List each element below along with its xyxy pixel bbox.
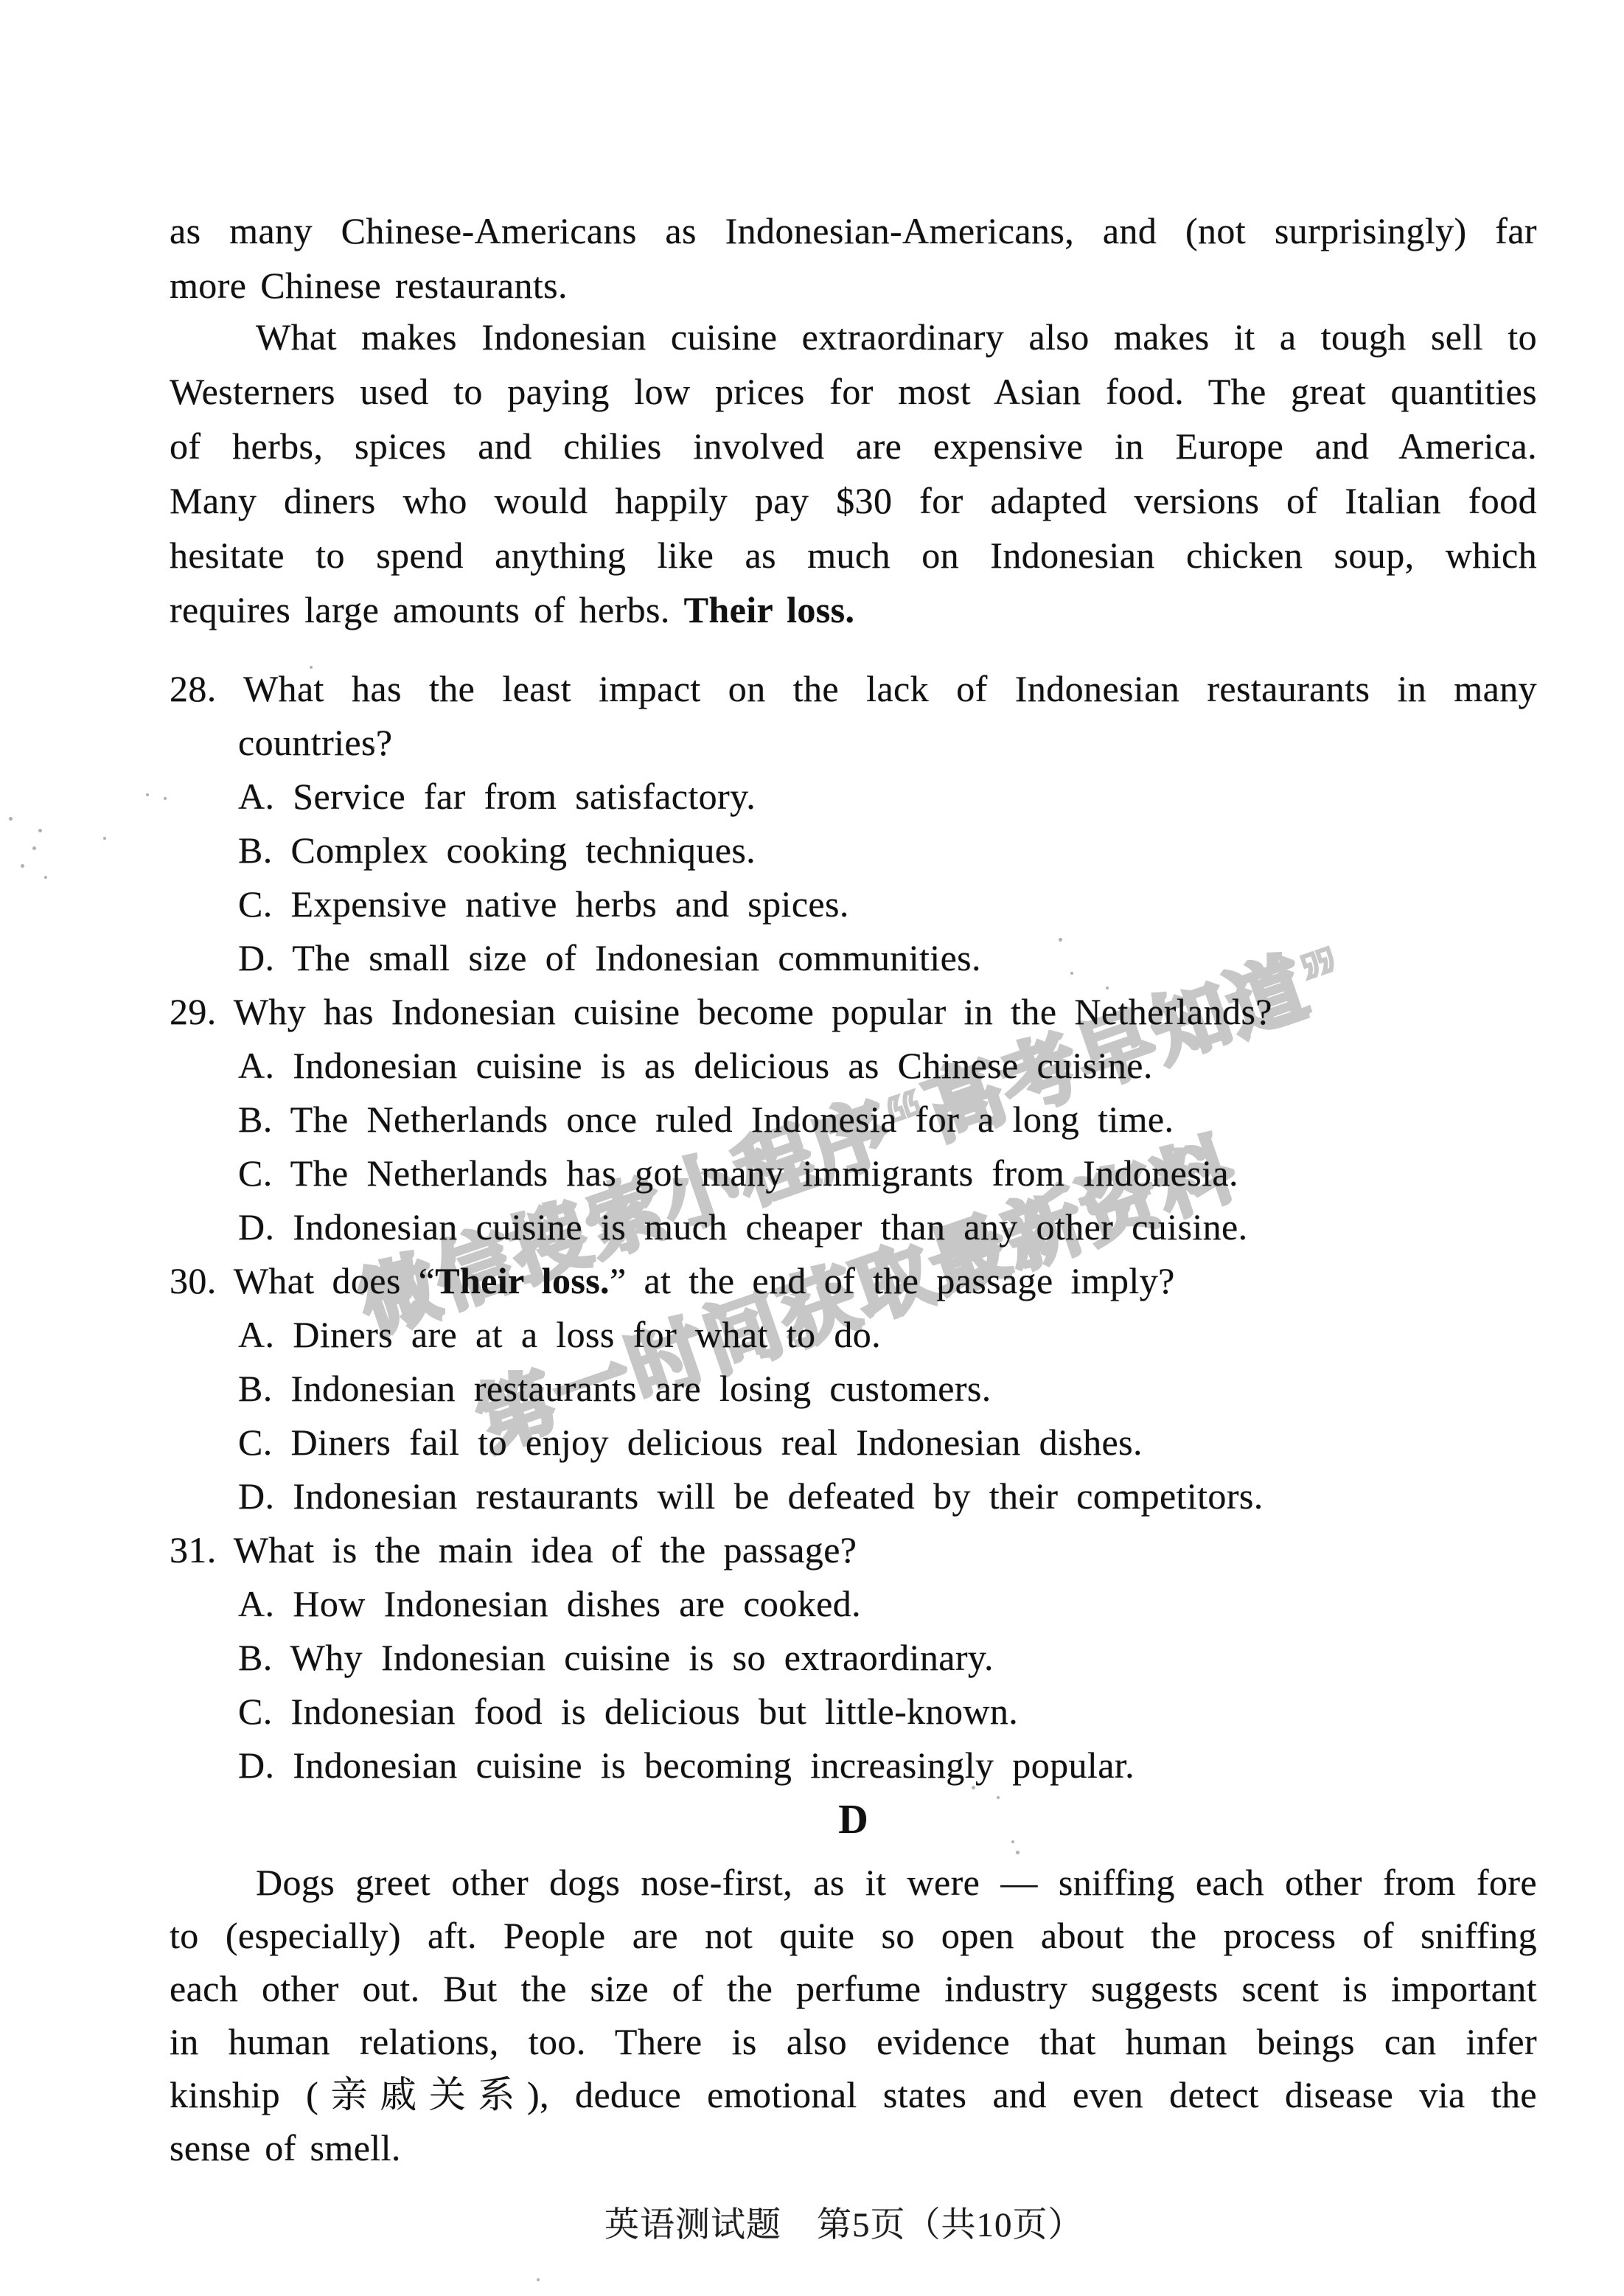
- question-31: 31. What is the main idea of the passage…: [170, 1523, 1537, 1792]
- question-31-option-c: C. Indonesian food is delicious but litt…: [170, 1685, 1537, 1739]
- paragraph-line: hesitate to spend anything like as much …: [170, 528, 1537, 582]
- question-31-option-d: D. Indonesian cuisine is becoming increa…: [170, 1739, 1537, 1792]
- question-31-text: 31. What is the main idea of the passage…: [170, 1523, 1537, 1577]
- question-30-option-b: B. Indonesian restaurants are losing cus…: [170, 1362, 1537, 1416]
- question-30-pre: 30. What does “: [170, 1260, 435, 1301]
- paragraph-continuation: as many Chinese-Americans as Indonesian-…: [170, 203, 1537, 313]
- question-28-option-d: D. The small size of Indonesian communit…: [170, 931, 1537, 985]
- speckle: [9, 817, 13, 821]
- speckle: [38, 829, 42, 832]
- paragraph-line: Many diners who would happily pay $30 fo…: [170, 473, 1537, 528]
- page-footer: 英语测试题 第5页（共10页）: [604, 2205, 1084, 2246]
- passage-line: to (especially) aft. People are not quit…: [170, 1909, 1537, 1962]
- question-29: 29. Why has Indonesian cuisine become po…: [170, 985, 1537, 1254]
- question-28: 28. What has the least impact on the lac…: [170, 662, 1537, 985]
- question-29-option-b: B. The Netherlands once ruled Indonesia …: [170, 1093, 1537, 1147]
- passage-line: each other out. But the size of the perf…: [170, 1962, 1537, 2015]
- speckle: [103, 837, 106, 840]
- speckle: [44, 876, 47, 879]
- question-29-option-a: A. Indonesian cuisine is as delicious as…: [170, 1039, 1537, 1093]
- speckle: [21, 864, 24, 868]
- question-30-option-a: A. Diners are at a loss for what to do.: [170, 1308, 1537, 1362]
- speckle: [997, 1796, 1000, 1799]
- their-loss-bold: Their loss.: [684, 589, 855, 630]
- question-28-text-wrap: countries?: [170, 716, 1537, 770]
- passage-d: Dogs greet other dogs nose-first, as it …: [170, 1856, 1537, 2174]
- question-28-option-a: A. Service far from satisfactory.: [170, 770, 1537, 824]
- speckle: [310, 666, 313, 669]
- question-30-text: 30. What does “Their loss.” at the end o…: [170, 1254, 1537, 1308]
- speckle: [1059, 938, 1062, 942]
- speckle: [372, 746, 375, 749]
- speckle: [1070, 972, 1073, 975]
- paragraph-line: Westerners used to paying low prices for…: [170, 364, 1537, 419]
- question-30: 30. What does “Their loss.” at the end o…: [170, 1254, 1537, 1523]
- passage-line: sense of smell.: [170, 2121, 1537, 2174]
- passage-line: Dogs greet other dogs nose-first, as it …: [170, 1856, 1537, 1909]
- question-28-option-b: B. Complex cooking techniques.: [170, 824, 1537, 877]
- paragraph-line: of herbs, spices and chilies involved ar…: [170, 419, 1537, 473]
- question-30-post: ” at the end of the passage imply?: [610, 1260, 1175, 1301]
- question-29-text: 29. Why has Indonesian cuisine become po…: [170, 985, 1537, 1039]
- speckle: [1016, 1851, 1020, 1854]
- paragraph-line: What makes Indonesian cuisine extraordin…: [170, 310, 1537, 364]
- passage-line: in human relations, too. There is also e…: [170, 2015, 1537, 2068]
- scanned-test-page: 微信搜索小程序“高考早知道” 第一时间获取最新资料 as many Chines…: [0, 0, 1624, 2296]
- question-28-option-c: C. Expensive native herbs and spices.: [170, 877, 1537, 931]
- section-d-header: D: [170, 1790, 1537, 1849]
- question-29-option-c: C. The Netherlands has got many immigran…: [170, 1147, 1537, 1200]
- speckle: [32, 846, 36, 850]
- speckle: [146, 793, 149, 796]
- speckle: [537, 2278, 540, 2281]
- question-30-option-c: C. Diners fail to enjoy delicious real I…: [170, 1416, 1537, 1469]
- question-29-option-d: D. Indonesian cuisine is much cheaper th…: [170, 1200, 1537, 1254]
- their-loss-bold: Their loss.: [435, 1260, 610, 1301]
- passage-line: kinship (亲戚关系), deduce emotional states …: [170, 2068, 1537, 2121]
- question-30-option-d: D. Indonesian restaurants will be defeat…: [170, 1469, 1537, 1523]
- paragraph-line: more Chinese restaurants.: [170, 258, 1537, 313]
- paragraph-line: as many Chinese-Americans as Indonesian-…: [170, 203, 1537, 258]
- paragraph-what-makes: What makes Indonesian cuisine extraordin…: [170, 310, 1537, 637]
- question-31-option-a: A. How Indonesian dishes are cooked.: [170, 1577, 1537, 1631]
- paragraph-text: requires large amounts of herbs.: [170, 589, 684, 630]
- speckle: [164, 797, 167, 800]
- paragraph-line: requires large amounts of herbs. Their l…: [170, 582, 1537, 637]
- speckle: [972, 1786, 975, 1789]
- speckle: [1106, 987, 1109, 989]
- question-31-option-b: B. Why Indonesian cuisine is so extraord…: [170, 1631, 1537, 1685]
- question-28-text: 28. What has the least impact on the lac…: [170, 662, 1537, 716]
- speckle: [1011, 1840, 1014, 1843]
